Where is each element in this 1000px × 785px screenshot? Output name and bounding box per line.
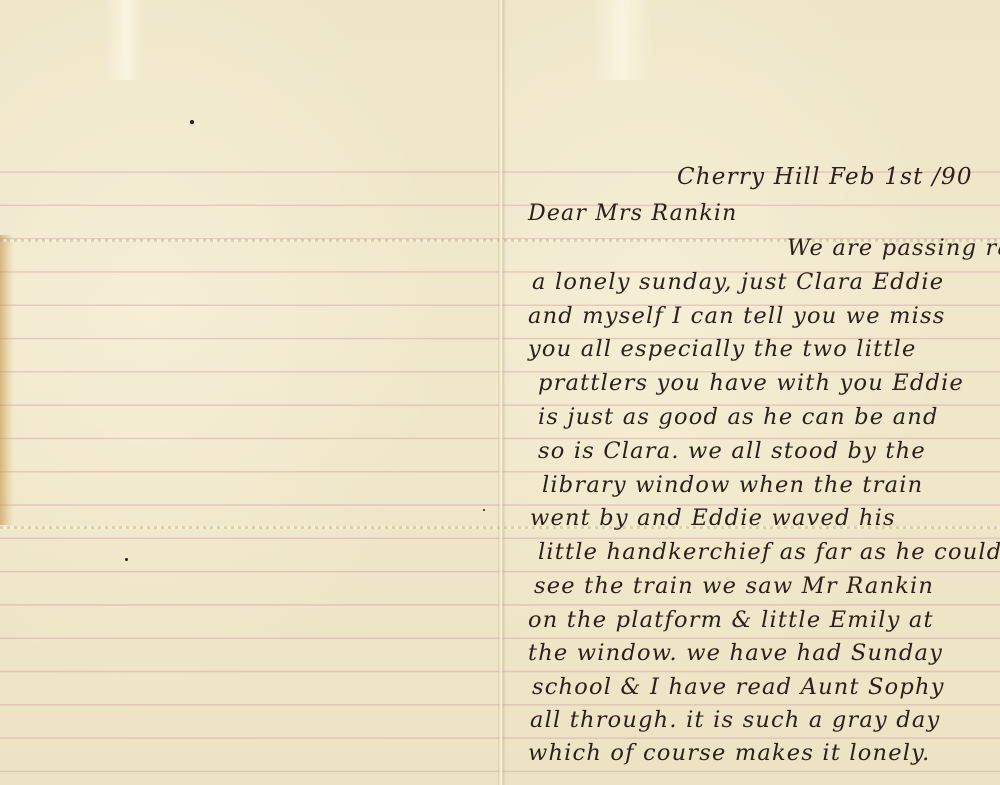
letter-dateline: Cherry Hill Feb 1st /90 — [677, 166, 973, 189]
ink-spot — [125, 558, 128, 561]
letter-line: is just as good as he can be and — [538, 406, 939, 429]
ink-spot — [190, 120, 194, 124]
letter-line: the window. we have had Sunday — [528, 642, 943, 665]
paper-crease — [105, 0, 145, 80]
edge-stain — [0, 235, 14, 525]
letter-line: see the train we saw Mr Rankin — [534, 575, 934, 598]
ruled-lines — [0, 153, 502, 785]
letter-line: little handkerchief as far as he could — [538, 541, 1000, 564]
letter-line: which of course makes it lonely. — [528, 742, 930, 765]
ink-spot — [483, 509, 485, 511]
letter-line: so is Clara. we all stood by the — [538, 440, 926, 463]
letter-line: library window when the train — [542, 474, 923, 497]
letter-line: prattlers you have with you Eddie — [538, 372, 964, 395]
letter-line: We are passing rather — [787, 237, 1000, 260]
letter-line: school & I have read Aunt Sophy — [532, 676, 945, 699]
letter-line: on the platform & little Emily at — [528, 609, 934, 632]
letter-line: went by and Eddie waved his — [530, 507, 896, 530]
letter-line: a lonely sunday, just Clara Eddie — [532, 271, 944, 294]
right-page: Cherry Hill Feb 1st /90 Dear Mrs Rankin … — [502, 0, 1000, 785]
letter-text: Cherry Hill Feb 1st /90 Dear Mrs Rankin … — [502, 0, 1000, 785]
letter-spread: Cherry Hill Feb 1st /90 Dear Mrs Rankin … — [0, 0, 1000, 785]
letter-line: and myself I can tell you we miss — [528, 305, 946, 328]
letter-salutation: Dear Mrs Rankin — [528, 203, 738, 225]
letter-line: you all especially the two little — [528, 338, 917, 361]
letter-line: all through. it is such a gray day — [530, 709, 940, 732]
left-page — [0, 0, 502, 785]
